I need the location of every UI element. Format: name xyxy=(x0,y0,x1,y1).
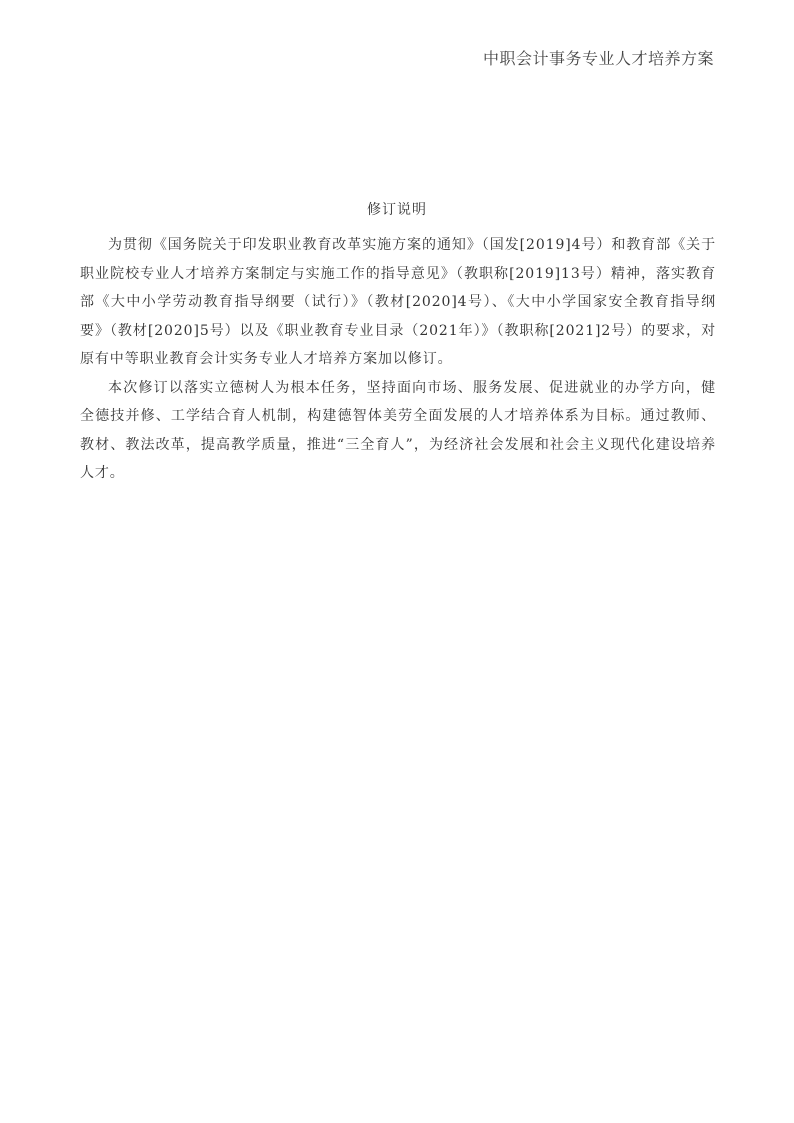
section-title: 修订说明 xyxy=(0,199,794,219)
section-body: 为贯彻《国务院关于印发职业教育改革实施方案的通知》（国发[2019]4号）和教育… xyxy=(80,231,716,488)
paragraph-revision-goals: 本次修订以落实立德树人为根本任务，坚持面向市场、服务发展、促进就业的办学方向，健… xyxy=(80,374,716,488)
running-header-title: 中职会计事务专业人才培养方案 xyxy=(483,46,714,69)
paragraph-revision-basis: 为贯彻《国务院关于印发职业教育改革实施方案的通知》（国发[2019]4号）和教育… xyxy=(80,231,716,374)
